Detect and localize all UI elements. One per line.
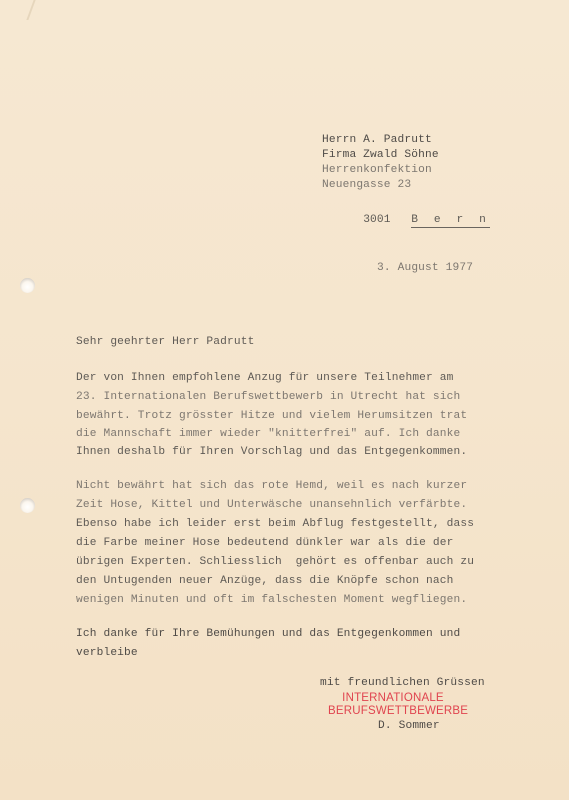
- paragraph-line: die Farbe meiner Hose bedeutend dünkler …: [76, 534, 454, 553]
- recipient-postcode: 3001: [363, 214, 390, 226]
- punch-hole-icon: [20, 278, 35, 293]
- paragraph-line: 23. Internationalen Berufswettbewerb in …: [76, 388, 460, 407]
- paragraph-line: bewährt. Trotz grösster Hitze und vielem…: [76, 407, 467, 426]
- paragraph-line: den Untugenden neuer Anzüge, dass die Kn…: [76, 572, 454, 591]
- paragraph-line: wenigen Minuten und oft im falschesten M…: [76, 591, 467, 610]
- paragraph-line: Ihnen deshalb für Ihren Vorschlag und da…: [76, 443, 467, 462]
- stamp-line-1: INTERNATIONALE: [328, 692, 458, 705]
- paragraph-line: Zeit Hose, Kittel und Unterwäsche unanse…: [76, 496, 467, 515]
- paragraph-line: Der von Ihnen empfohlene Anzug für unser…: [76, 369, 454, 388]
- paragraph-line: die Mannschaft immer wieder "knitterfrei…: [76, 425, 460, 444]
- paragraph-line: Ebenso habe ich leider erst beim Abflug …: [76, 515, 474, 534]
- organization-stamp: INTERNATIONALE BERUFSWETTBEWERBE: [328, 692, 458, 718]
- paragraph-line: übrigen Experten. Schliesslich gehört es…: [76, 553, 474, 572]
- punch-hole-icon: [20, 498, 35, 513]
- letter-date: 3. August 1977: [377, 259, 473, 278]
- salutation: Sehr geehrter Herr Padrutt: [76, 333, 254, 352]
- paragraph-line: Ich danke für Ihre Bemühungen und das En…: [76, 625, 460, 644]
- paragraph-line: verbleibe: [76, 644, 138, 663]
- closing: mit freundlichen Grüssen: [320, 674, 485, 693]
- recipient-city-line: 3001 B e r n: [322, 192, 490, 249]
- recipient-city: B e r n: [411, 214, 490, 228]
- signature-name: D. Sommer: [378, 717, 440, 736]
- letter-page: Herrn A. Padrutt Firma Zwald Söhne Herre…: [0, 0, 569, 800]
- paper-fold-mark: [26, 0, 35, 20]
- paragraph-line: Nicht bewährt hat sich das rote Hemd, we…: [76, 477, 467, 496]
